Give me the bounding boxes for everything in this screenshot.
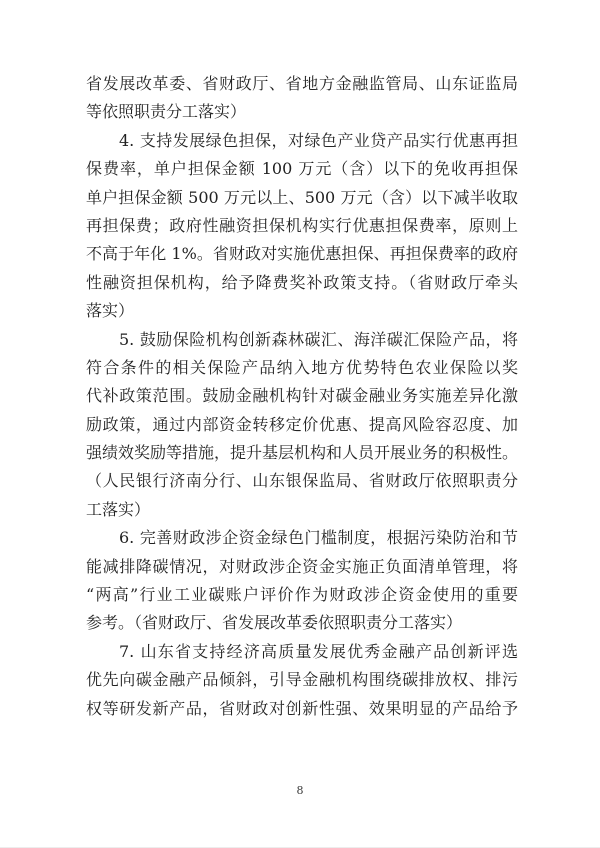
document-body: 省发展改革委、省财政厅、省地方金融监管局、山东证监局等依照职责分工落实）4. 支… [86,70,518,723]
text-line: 能减排降碳情况，对财政涉企资金实施正负面清单管理，将 [86,553,518,581]
text-line: 落实） [86,297,518,325]
text-line: （人民银行济南分行、山东银保监局、省财政厅依照职责分 [86,467,518,495]
text-line: 工落实） [86,496,518,524]
text-line: 单户担保金额 500 万元以上、500 万元（含）以下减半收取 [86,184,518,212]
text-line: “两高”行业工业碳账户评价作为财政涉企资金使用的重要 [86,581,518,609]
text-line: 代补政策范围。鼓励金融机构针对碳金融业务实施差异化激 [86,382,518,410]
text-line: 4. 支持发展绿色担保，对绿色产业贷产品实行优惠再担 [86,127,518,155]
paragraph-7: 7. 山东省支持经济高质量发展优秀金融产品创新评选优先向碳金融产品倾斜，引导金融… [86,638,518,723]
paragraph-4: 4. 支持发展绿色担保，对绿色产业贷产品实行优惠再担保费率，单户担保金额 100… [86,127,518,326]
text-line: 省发展改革委、省财政厅、省地方金融监管局、山东证监局 [86,70,518,98]
text-line: 保费率，单户担保金额 100 万元（含）以下的免收再担保费， [86,155,518,183]
text-line: 参考。（省财政厅、省发展改革委依照职责分工落实） [86,609,518,637]
text-line: 优先向碳金融产品倾斜，引导金融机构围绕碳排放权、排污 [86,666,518,694]
paragraph-5: 5. 鼓励保险机构创新森林碳汇、海洋碳汇保险产品，将符合条件的相关保险产品纳入地… [86,326,518,525]
text-line: 7. 山东省支持经济高质量发展优秀金融产品创新评选 [86,638,518,666]
paragraph-6: 6. 完善财政涉企资金绿色门槛制度，根据污染防治和节能减排降碳情况，对财政涉企资… [86,524,518,638]
text-line: 6. 完善财政涉企资金绿色门槛制度，根据污染防治和节 [86,524,518,552]
text-line: 再担保费；政府性融资担保机构实行优惠担保费率，原则上 [86,212,518,240]
paragraph-3-continuation: 省发展改革委、省财政厅、省地方金融监管局、山东证监局等依照职责分工落实） [86,70,518,127]
page-number: 8 [0,783,600,799]
text-line: 不高于年化 1%。省财政对实施优惠担保、再担保费率的政府 [86,240,518,268]
text-line: 励政策，通过内部资金转移定价优惠、提高风险容忍度、加 [86,411,518,439]
text-line: 5. 鼓励保险机构创新森林碳汇、海洋碳汇保险产品，将 [86,326,518,354]
document-page: 省发展改革委、省财政厅、省地方金融监管局、山东证监局等依照职责分工落实）4. 支… [0,0,600,848]
text-line: 权等研发新产品，省财政对创新性强、效果明显的产品给予 [86,695,518,723]
text-line: 等依照职责分工落实） [86,98,518,126]
text-line: 性融资担保机构，给予降费奖补政策支持。（省财政厅牵头 [86,269,518,297]
text-line: 强绩效奖励等措施，提升基层机构和人员开展业务的积极性。 [86,439,518,467]
text-line: 符合条件的相关保险产品纳入地方优势特色农业保险以奖 [86,354,518,382]
